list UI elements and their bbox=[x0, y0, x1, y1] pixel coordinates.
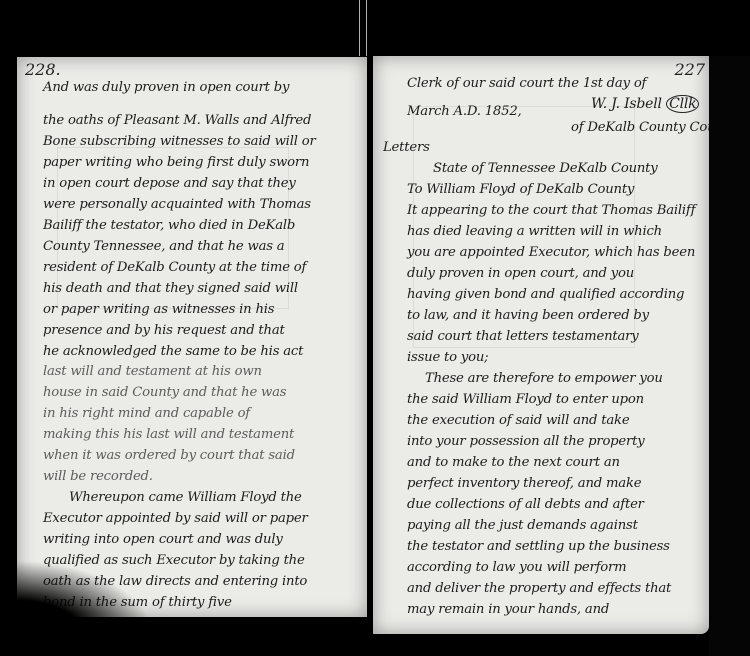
text-line: It appearing to the court that Thomas Ba… bbox=[407, 203, 695, 218]
scan-border bbox=[709, 56, 750, 656]
text-line: said court that letters testamentary bbox=[407, 329, 638, 344]
text-line: according to law you will perform bbox=[407, 560, 626, 575]
text-line: issue to you; bbox=[407, 350, 488, 365]
binding-thread bbox=[366, 0, 367, 56]
page-number-right: 227 bbox=[674, 60, 705, 79]
text-line: the said William Floyd to enter upon bbox=[407, 392, 644, 407]
clerk-signature: W. J. Isbell Cllk bbox=[591, 96, 699, 112]
page-shadow bbox=[17, 560, 157, 640]
letters-heading: Letters bbox=[383, 140, 430, 155]
book-binding-gutter bbox=[368, 0, 372, 656]
text-line: may remain in your hands, and bbox=[407, 602, 609, 617]
clerk-abbrev: Cllk bbox=[666, 95, 699, 113]
text-line: Clerk of our said court the 1st day of bbox=[407, 76, 646, 91]
text-line: the execution of said will and take bbox=[407, 413, 629, 428]
text-line: and to make to the next court an bbox=[407, 455, 620, 470]
binding-thread bbox=[359, 0, 360, 56]
text-line: into your possession all the property bbox=[407, 434, 644, 449]
text-line: State of Tennessee DeKalb County bbox=[433, 161, 658, 176]
text-line: to law, and it having been ordered by bbox=[407, 308, 649, 323]
text-line: perfect inventory thereof, and make bbox=[407, 476, 641, 491]
text-line: To William Floyd of DeKalb County bbox=[407, 182, 634, 197]
text-line: paying all the just demands against bbox=[407, 518, 638, 533]
text-line: and deliver the property and effects tha… bbox=[407, 581, 671, 596]
text-line: These are therefore to empower you bbox=[425, 371, 663, 386]
text-line: the testator and settling up the busines… bbox=[407, 539, 670, 554]
text-line: March A.D. 1852, bbox=[407, 104, 522, 119]
text-line: has died leaving a written will in which bbox=[407, 224, 662, 239]
text-line: you are appointed Executor, which has be… bbox=[407, 245, 695, 260]
text-line: having given bond and qualified accordin… bbox=[407, 287, 684, 302]
text-line: of DeKalb County Court bbox=[571, 120, 727, 135]
text-line: duly proven in open court, and you bbox=[407, 266, 634, 281]
text-line: due collections of all debts and after bbox=[407, 497, 644, 512]
right-page: 227 Clerk of our said court the 1st day … bbox=[373, 56, 709, 634]
